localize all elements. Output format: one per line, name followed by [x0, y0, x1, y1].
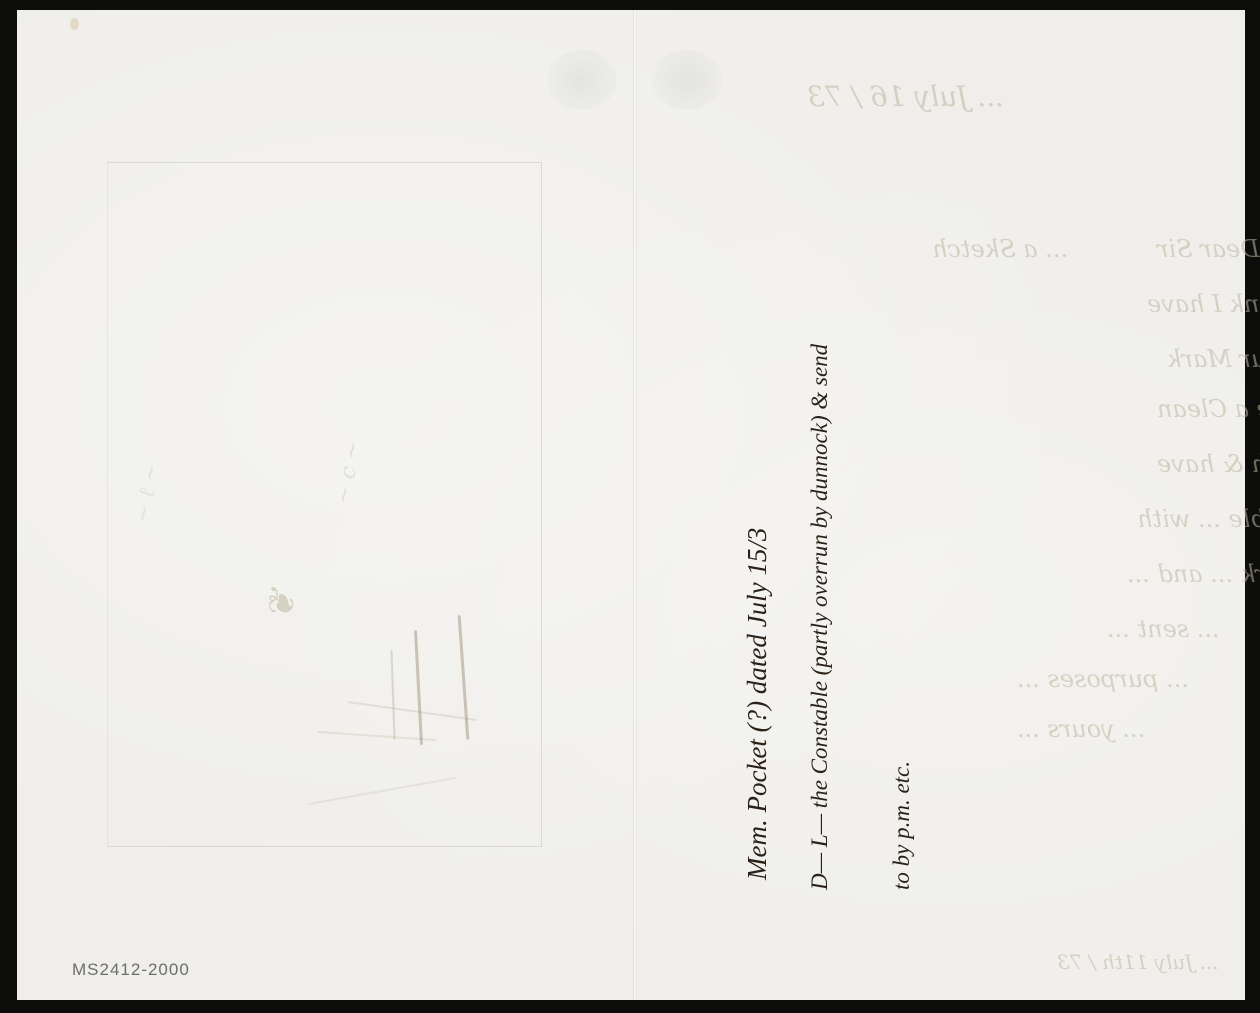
show-through-footer: ... July 11th / 73	[1057, 950, 1219, 974]
paper-stain	[70, 18, 79, 30]
seal-impression-right	[652, 50, 722, 110]
center-fold	[633, 10, 637, 1000]
seal-impression-left	[547, 50, 617, 110]
docket-line-1: Mem. Pocket (?) dated July 15/3	[742, 528, 773, 880]
manuscript-sheet: ❦ ~ c ~ ~ ℓ ~ ... July 16 / 73 ... a Ske…	[17, 10, 1245, 1000]
docket-line-3: to by p.m. etc.	[889, 761, 915, 890]
catalog-number: MS2412-2000	[72, 960, 190, 980]
docket-line-2: D— L— the Constable (partly overrun by d…	[807, 344, 833, 890]
plate-mark-outline	[107, 162, 542, 847]
show-through-dateline: ... July 16 / 73	[807, 80, 1004, 113]
